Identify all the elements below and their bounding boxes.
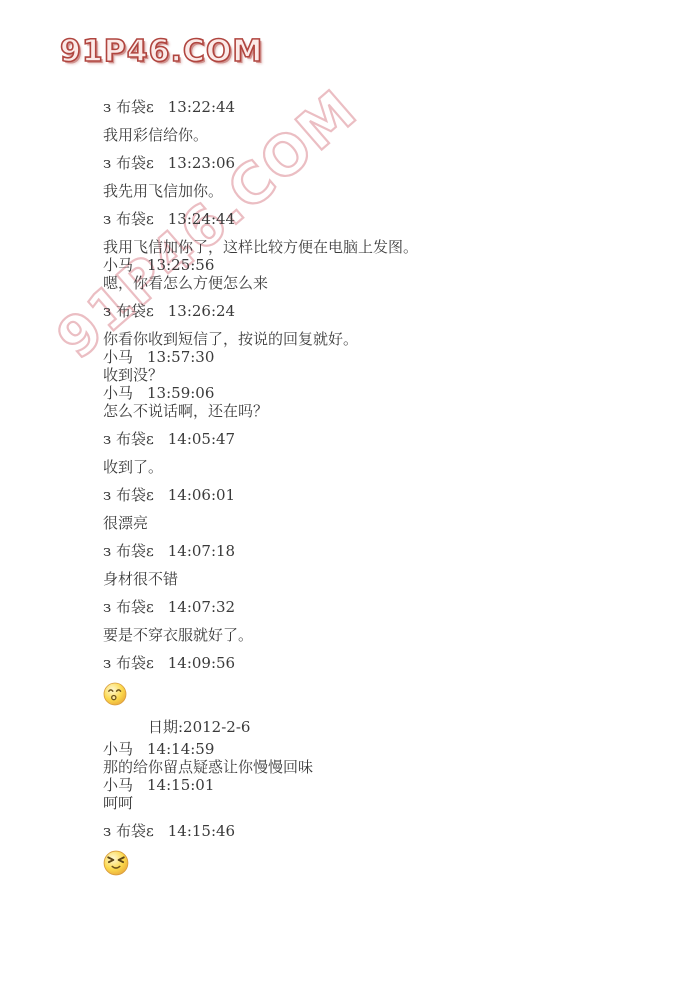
speaker-name: з 布袋ε (103, 154, 154, 172)
speaker-name: з 布袋ε (103, 210, 154, 228)
chat-header-budai: з 布袋ε13:26:24 (103, 302, 663, 320)
chat-header-xiaoma: 小马14:14:59 (103, 740, 663, 758)
page: { "logo": { "text": "91P46.COM", "color"… (0, 0, 700, 991)
message-time: 14:15:01 (147, 776, 214, 794)
speaker-name: 小马 (103, 384, 133, 402)
speaker-name: з 布袋ε (103, 542, 154, 560)
message-time: 13:57:30 (147, 348, 214, 366)
chat-message: 身材很不错 (103, 570, 663, 588)
chat-message: 怎么不说话啊，还在吗？ (103, 402, 663, 420)
message-time: 13:24:44 (168, 210, 235, 228)
speaker-name: 小马 (103, 348, 133, 366)
speaker-name: 小马 (103, 776, 133, 794)
speaker-name: з 布袋ε (103, 822, 154, 840)
chat-message: 收到没？ (103, 366, 663, 384)
chat-message: 我用彩信给你。 (103, 126, 663, 144)
site-logo: 91P46.COM (60, 34, 263, 69)
chat-header-budai: з 布袋ε14:06:01 (103, 486, 663, 504)
chat-message: 我先用飞信加你。 (103, 182, 663, 200)
chat-transcript: з 布袋ε13:22:44我用彩信给你。з 布袋ε13:23:06我先用飞信加你… (103, 88, 663, 886)
chat-message: 很漂亮 (103, 514, 663, 532)
chat-header-xiaoma: 小马13:59:06 (103, 384, 663, 402)
message-time: 13:59:06 (147, 384, 214, 402)
chat-header-budai: з 布袋ε14:07:32 (103, 598, 663, 616)
chat-header-budai: з 布袋ε14:15:46 (103, 822, 663, 840)
chat-message: 那的给你留点疑惑让你慢慢回味 (103, 758, 663, 776)
message-time: 14:07:18 (168, 542, 235, 560)
speaker-name: з 布袋ε (103, 430, 154, 448)
chat-header-budai: з 布袋ε13:24:44 (103, 210, 663, 228)
snicker-emoji-icon (103, 850, 129, 876)
chat-header-budai: з 布袋ε14:07:18 (103, 542, 663, 560)
message-time: 14:07:32 (168, 598, 235, 616)
chat-date: 日期:2012-2-6 (103, 718, 663, 736)
chat-message: 我用飞信加你了，这样比较方便在电脑上发图。 (103, 238, 663, 256)
message-time: 14:05:47 (168, 430, 235, 448)
speaker-name: з 布袋ε (103, 598, 154, 616)
message-time: 13:22:44 (168, 98, 235, 116)
speaker-name: 小马 (103, 256, 133, 274)
speaker-name: з 布袋ε (103, 654, 154, 672)
chat-header-xiaoma: 小马14:15:01 (103, 776, 663, 794)
chat-header-budai: з 布袋ε13:23:06 (103, 154, 663, 172)
whistle-emoji-icon (103, 682, 127, 706)
chat-header-budai: з 布袋ε14:09:56 (103, 654, 663, 672)
chat-header-budai: з 布袋ε13:22:44 (103, 98, 663, 116)
whistle-emoji-icon (103, 682, 663, 708)
message-time: 14:14:59 (147, 740, 214, 758)
message-time: 13:25:56 (147, 256, 214, 274)
chat-header-budai: з 布袋ε14:05:47 (103, 430, 663, 448)
chat-header-xiaoma: 小马13:57:30 (103, 348, 663, 366)
speaker-name: з 布袋ε (103, 302, 154, 320)
speaker-name: з 布袋ε (103, 486, 154, 504)
message-time: 13:23:06 (168, 154, 235, 172)
speaker-name: з 布袋ε (103, 98, 154, 116)
chat-message: 你看你收到短信了，按说的回复就好。 (103, 330, 663, 348)
chat-message: 收到了。 (103, 458, 663, 476)
chat-message: 嗯，你看怎么方便怎么来 (103, 274, 663, 292)
chat-message: 呵呵 (103, 794, 663, 812)
message-time: 14:06:01 (168, 486, 235, 504)
message-time: 14:09:56 (168, 654, 235, 672)
message-time: 13:26:24 (168, 302, 235, 320)
chat-message: 要是不穿衣服就好了。 (103, 626, 663, 644)
snicker-emoji-icon (103, 850, 663, 876)
message-time: 14:15:46 (168, 822, 235, 840)
speaker-name: 小马 (103, 740, 133, 758)
chat-header-xiaoma: 小马13:25:56 (103, 256, 663, 274)
